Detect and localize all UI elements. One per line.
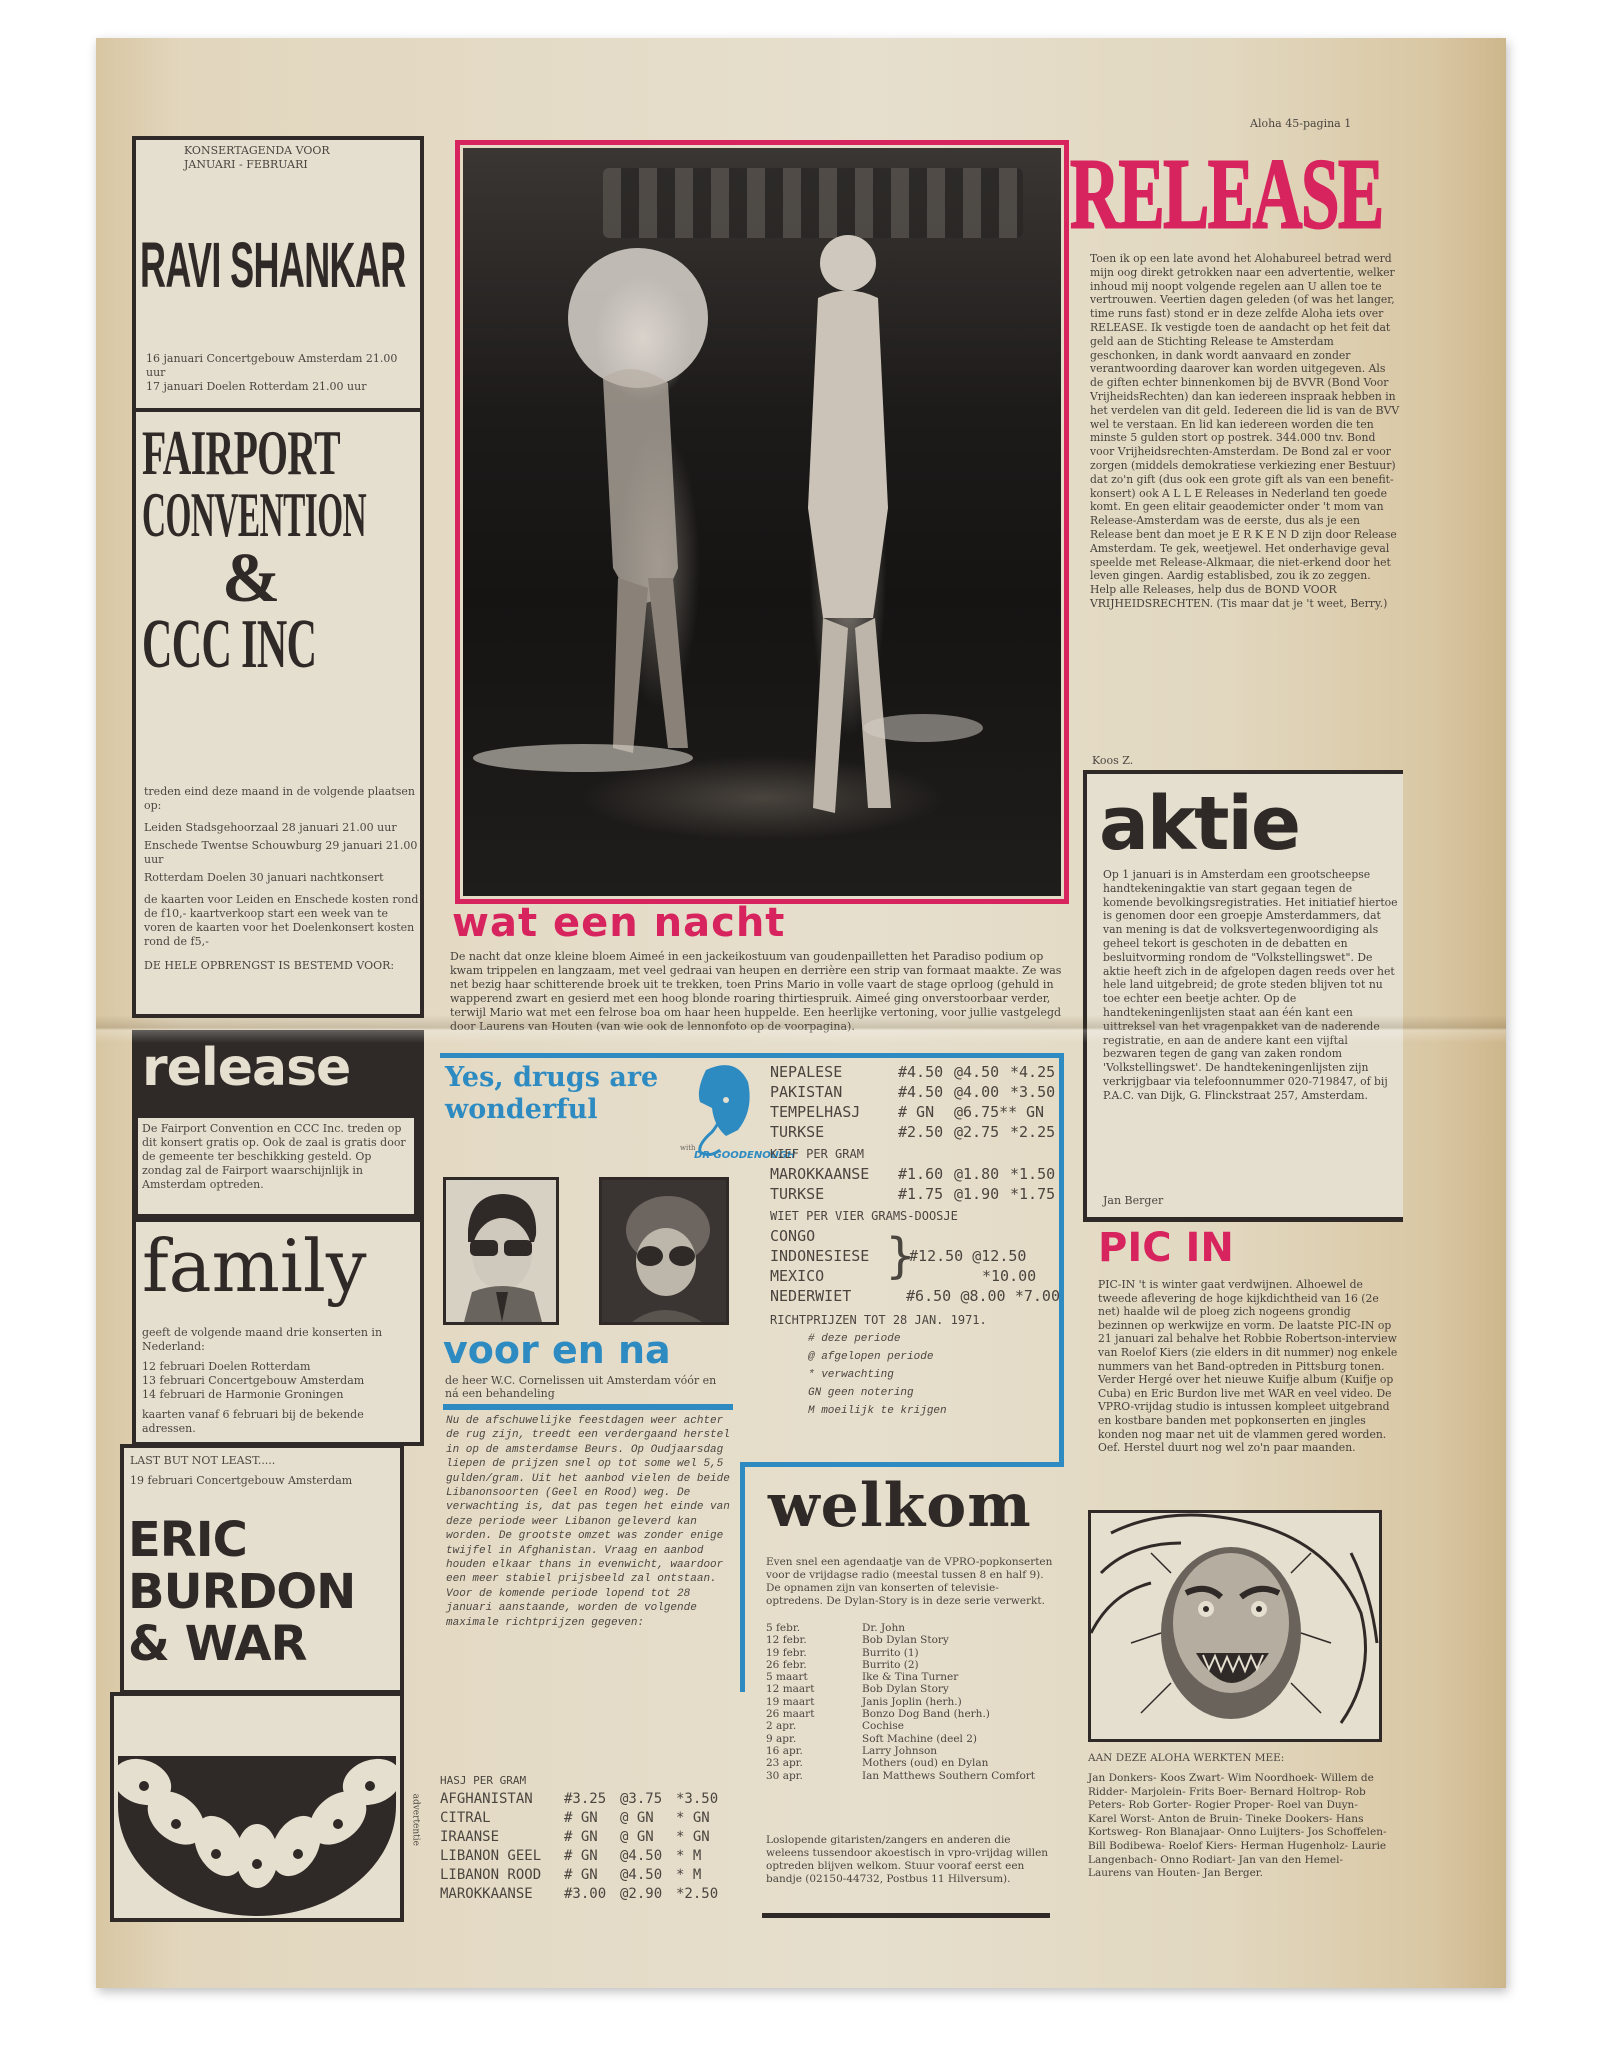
release-title: RELEASE	[1070, 136, 1383, 252]
schedule-row: 12 febr.Bob Dylan Story	[766, 1634, 1056, 1646]
price-row: LIBANON GEEL# GN@4.50* M	[440, 1847, 740, 1866]
family-ad: family geeft de volgende maand drie kons…	[132, 1218, 424, 1446]
pic-in-body: PIC-IN 't is winter gaat verdwijnen. Alh…	[1098, 1278, 1398, 1455]
fairport-intro: treden eind deze maand in de volgende pl…	[144, 785, 420, 813]
aktie-title: aktie	[1099, 782, 1299, 866]
price-row: AFGHANISTAN#3.25@3.75*3.50	[440, 1790, 740, 1809]
credits-header: AAN DEZE ALOHA WERKTEN MEE:	[1088, 1752, 1284, 1764]
portrait-before	[443, 1177, 559, 1325]
price-row: LIBANON ROOD# GN@4.50* M	[440, 1866, 740, 1885]
schedule-row: 16 apr.Larry Johnson	[766, 1745, 1056, 1757]
stage-photo	[463, 148, 1061, 896]
welkom-schedule: 5 febr.Dr. John 12 febr.Bob Dylan Story …	[766, 1622, 1056, 1782]
wiet-name: CONGO	[770, 1226, 886, 1246]
eric-title-3: & WAR	[128, 1618, 355, 1670]
ravi-kicker: KONSERTAGENDA VOOR JANUARI - FEBRUARI	[184, 144, 354, 172]
brace-icon: }	[886, 1226, 900, 1286]
price-row: TURKSE#2.50@2.75*2.25	[770, 1122, 1060, 1142]
aktie-signoff: Jan Berger	[1103, 1194, 1163, 1207]
ravi-shankar-ad: KONSERTAGENDA VOOR JANUARI - FEBRUARI RA…	[132, 136, 424, 413]
schedule-row: 19 maartJanis Joplin (herh.)	[766, 1696, 1056, 1708]
welkom-intro: Even snel een agendaatje van de VPRO-pop…	[766, 1556, 1054, 1608]
wiet-name: INDONESIESE	[770, 1246, 886, 1266]
release-ad: release De Fairport Convention en CCC In…	[132, 1030, 424, 1220]
family-date-2: 13 februari Concertgebouw Amsterdam	[142, 1374, 418, 1388]
eric-kicker: LAST BUT NOT LEAST.....	[130, 1454, 400, 1468]
legend-item: M moeilijk te krijgen	[808, 1402, 1060, 1420]
drugs-title: Yes, drugs are wonderful	[445, 1062, 658, 1126]
aktie-body: Op 1 januari is in Amsterdam een grootsc…	[1103, 868, 1399, 1103]
fairport-tickets: de kaarten voor Leiden en Enschede koste…	[144, 893, 420, 949]
eric-title-1: ERIC	[128, 1514, 355, 1566]
release-body: Toen ik op een late avond het Alohaburee…	[1090, 252, 1400, 611]
fairport-title-1: FAIRPORT	[142, 422, 316, 484]
price-row: PAKISTAN#4.50@4.00*3.50	[770, 1082, 1060, 1102]
schedule-row: 9 apr.Soft Machine (deel 2)	[766, 1733, 1056, 1745]
price-row: TEMPELHASJ# GN@6.75**GN	[770, 1102, 1060, 1122]
man-with-glasses-icon	[446, 1180, 556, 1322]
schedule-row: 2 apr.Cochise	[766, 1720, 1056, 1732]
credits-names: Jan Donkers- Koos Zwart- Wim Noordhoek- …	[1088, 1772, 1388, 1881]
legend-item: # deze periode	[808, 1330, 1060, 1348]
family-intro: geeft de volgende maand drie konserten i…	[142, 1326, 418, 1354]
pic-in-title: PIC IN	[1098, 1224, 1234, 1272]
price-row: NEPALESE#4.50@4.50*4.25	[770, 1062, 1060, 1082]
drugs-title-line-2: wonderful	[445, 1094, 658, 1126]
flower-logo-ad: advertentie	[110, 1692, 404, 1922]
wat-een-nacht-title: wat een nacht	[452, 900, 785, 946]
legend-item: * verwachting	[808, 1366, 1060, 1384]
schedule-row: 19 febr.Burrito (1)	[766, 1647, 1056, 1659]
eric-date: 19 februari Concertgebouw Amsterdam	[130, 1474, 400, 1488]
screaming-monster-face-icon	[1091, 1513, 1381, 1741]
voor-en-na-body: Nu de afschuwelijke feestdagen weer acht…	[446, 1414, 730, 1630]
fairport-date-2: Enschede Twentse Schouwburg 29 januari 2…	[144, 839, 420, 867]
advert-label: advertentie	[410, 1794, 420, 1846]
welkom-outro: Loslopende gitaristen/zangers en anderen…	[766, 1834, 1054, 1886]
price-row: MAROKKAANSE#1.60@1.80*1.50	[770, 1164, 1060, 1184]
price-row: CITRAL# GN@ GN* GN	[440, 1809, 740, 1828]
wiet-group: CONGO INDONESIESE MEXICO } -#12.50 @12.5…	[770, 1226, 1060, 1286]
fairport-date-1: Leiden Stadsgehoorzaal 28 januari 21.00 …	[144, 821, 420, 835]
wiet-group-price: -#12.50 @12.50	[900, 1246, 1036, 1266]
hasj-price-list: HASJ PER GRAM AFGHANISTAN#3.25@3.75*3.50…	[440, 1771, 740, 1904]
fairport-proceeds: DE HELE OPBRENGST IS BESTEMD VOOR:	[144, 959, 420, 973]
price-row: IRAANSE# GN@ GN* GN	[440, 1828, 740, 1847]
ravi-title: RAVI SHANKAR	[140, 178, 406, 354]
wiet-name: MEXICO	[770, 1266, 886, 1286]
legend-item: @ afgelopen periode	[808, 1348, 1060, 1366]
schedule-row: 30 apr.Ian Matthews Southern Comfort	[766, 1770, 1056, 1782]
family-date-1: 12 februari Doelen Rotterdam	[142, 1360, 418, 1374]
fairport-date-3: Rotterdam Doelen 30 januari nachtkonsert	[144, 871, 420, 885]
family-title: family	[142, 1218, 367, 1314]
legend-item: GN geen notering	[808, 1384, 1060, 1402]
valid-until: RICHTPRIJZEN TOT 28 JAN. 1971.	[770, 1310, 1060, 1330]
hasj-header: HASJ PER GRAM	[440, 1771, 740, 1790]
release-ad-body: De Fairport Convention en CCC Inc. trede…	[138, 1118, 414, 1214]
wat-een-nacht-body: De nacht dat onze kleine bloem Aimeé in …	[450, 950, 1062, 1034]
schedule-row: 26 maartBonzo Dog Band (herh.)	[766, 1708, 1056, 1720]
eric-title-2: BURDON	[128, 1566, 355, 1618]
schedule-row: 5 maartIke & Tina Turner	[766, 1671, 1056, 1683]
page-header-label: Aloha 45-pagina 1	[1250, 117, 1351, 130]
performers-silhouette-icon	[463, 148, 1061, 896]
family-date-3: 14 februari de Harmonie Groningen	[142, 1388, 418, 1402]
eric-burdon-ad: LAST BUT NOT LEAST..... 19 februari Conc…	[120, 1444, 404, 1694]
release-ad-title: release	[142, 1036, 350, 1100]
voor-en-na-divider	[443, 1404, 733, 1410]
ravi-date-2: 17 januari Doelen Rotterdam 21.00 uur	[146, 380, 418, 394]
welkom-bottom-rule	[762, 1913, 1050, 1918]
kief-header: KIEF PER GRAM	[770, 1144, 1060, 1164]
flower-petal-logo-icon	[114, 1696, 400, 1918]
schedule-row: 12 maartBob Dylan Story	[766, 1683, 1056, 1695]
voor-en-na-title: voor en na	[443, 1328, 671, 1372]
dr-goodenough-head-icon	[686, 1060, 756, 1160]
wiet-group-expect: *10.00	[900, 1266, 1036, 1286]
ravi-date-1: 16 januari Concertgebouw Amsterdam 21.00…	[146, 352, 418, 380]
fairport-ampersand: &	[142, 546, 422, 612]
man-with-curly-hair-icon	[602, 1180, 726, 1322]
wiet-header: WIET PER VIER GRAMS-DOOSJE	[770, 1206, 1060, 1226]
drugs-title-line-1: Yes, drugs are	[445, 1062, 658, 1094]
schedule-row: 5 febr.Dr. John	[766, 1622, 1056, 1634]
aktie-box: aktie Op 1 januari is in Amsterdam een g…	[1083, 770, 1403, 1222]
comic-illustration	[1088, 1510, 1382, 1742]
price-row: TURKSE#1.75@1.90*1.75	[770, 1184, 1060, 1204]
fairport-title-2: CONVENTION	[142, 484, 288, 546]
fairport-title-3: CCC INC	[142, 612, 310, 678]
price-row: MAROKKAANSE#3.00@2.90*2.50	[440, 1885, 740, 1904]
family-tickets: kaarten vanaf 6 februari bij de bekende …	[142, 1408, 418, 1436]
schedule-row: 23 apr.Mothers (oud) en Dylan	[766, 1757, 1056, 1769]
drugs-price-list: NEPALESE#4.50@4.50*4.25 PAKISTAN#4.50@4.…	[770, 1062, 1060, 1420]
schedule-row: 26 febr.Burrito (2)	[766, 1659, 1056, 1671]
release-signoff: Koos Z.	[1092, 754, 1133, 767]
fairport-convention-ad: FAIRPORT CONVENTION & CCC INC treden ein…	[132, 408, 424, 1018]
voor-en-na-caption: de heer W.C. Cornelissen uit Amsterdam v…	[445, 1374, 725, 1400]
welkom-title: welkom	[768, 1470, 1032, 1542]
price-row: NEDERWIET#6.50@8.00*7.00	[770, 1286, 1060, 1306]
portrait-after	[599, 1177, 729, 1325]
